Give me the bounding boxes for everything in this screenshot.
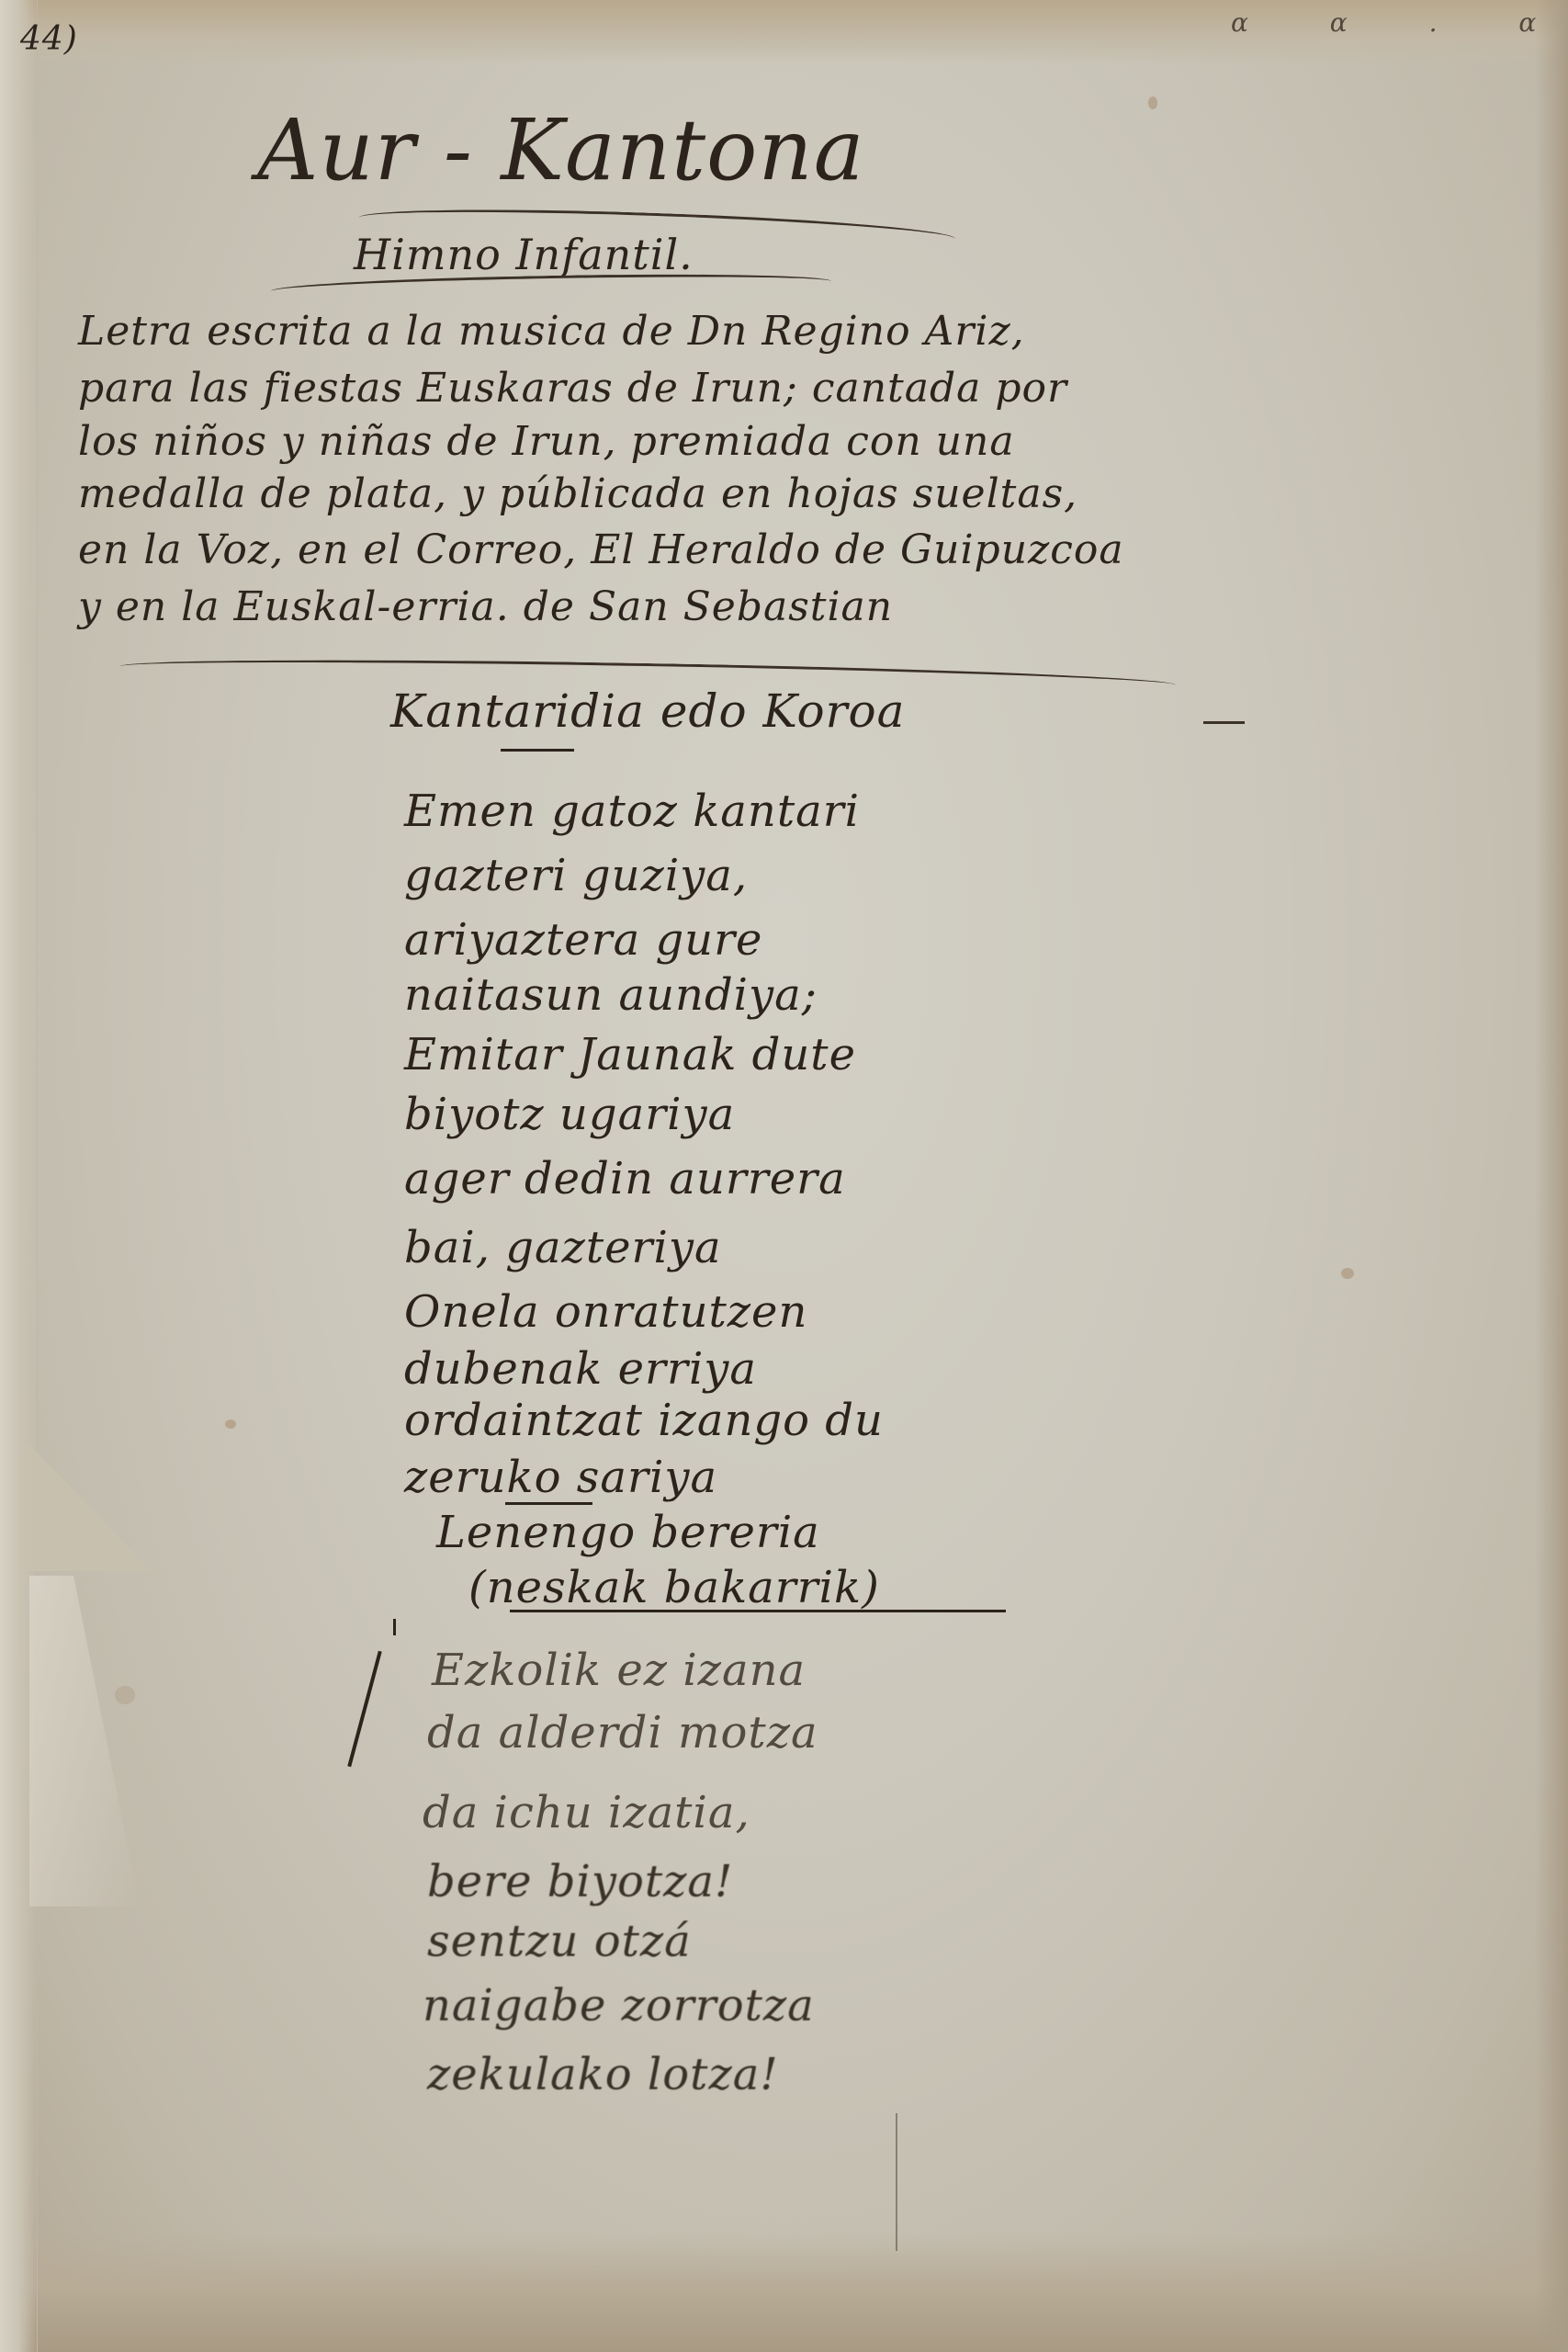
poem-line: bere biyotza!: [427, 1856, 733, 1907]
paper-crease-left: [29, 1576, 140, 1906]
poem-line: naitasun aundiya;: [404, 969, 818, 1021]
page-number: 44): [20, 20, 78, 58]
poem-line: ordaintzat izango du: [404, 1395, 884, 1446]
part-2-note: (neskak bakarrik): [468, 1562, 880, 1613]
section-heading: Kantaridia edo Koroa: [390, 684, 905, 738]
intro-line: en la Voz, en el Correo, El Heraldo de G…: [78, 526, 1124, 573]
section-dash: [1203, 721, 1245, 724]
poem-line: ager dedin aurrera: [404, 1153, 846, 1204]
note-underline: [510, 1610, 1006, 1612]
poem-line: Ezkolik ez izana: [432, 1645, 806, 1696]
poem-line: Emitar Jaunak dute: [404, 1029, 856, 1080]
document-subtitle: Himno Infantil.: [354, 230, 694, 279]
poem-line: ariyaztera gure: [404, 914, 762, 966]
heading-underline: [501, 749, 574, 752]
paper-tear-bottom: [896, 2113, 897, 2251]
intro-line: los niños y niñas de Irun, premiada con …: [78, 418, 1015, 465]
poem-line: Onela onratutzen: [404, 1286, 807, 1338]
stain: [115, 1686, 135, 1704]
verse-tick-mark: [393, 1619, 396, 1635]
poem-line: bai, gazteriya: [404, 1222, 722, 1273]
top-margin-marks: ɑ ɑ . ɑ . ,: [1231, 7, 1568, 38]
separator-underline: [505, 1502, 592, 1505]
stain: [1341, 1268, 1354, 1279]
folded-corner: [28, 1442, 152, 1571]
document-title: Aur - Kantona: [257, 101, 865, 199]
intro-line: para las fiestas Euskaras de Irun; canta…: [78, 365, 1067, 412]
intro-line: y en la Euskal-erria. de San Sebastian: [78, 583, 893, 630]
poem-line: biyotz ugariya: [404, 1089, 735, 1140]
part-2-heading: Lenengo bereria: [436, 1507, 820, 1558]
poem-line: gazteri guziya,: [404, 850, 748, 901]
intro-line: medalla de plata, y públicada en hojas s…: [78, 470, 1077, 517]
bottom-edge-shadow: [0, 2233, 1568, 2352]
intro-line: Letra escrita a la musica de Dn Regino A…: [78, 308, 1025, 355]
poem-line: sentzu otzá: [427, 1916, 692, 1967]
manuscript-page: 44) ɑ ɑ . ɑ . , Aur - Kantona Himno Infa…: [0, 0, 1568, 2352]
poem-line: Emen gatoz kantari: [404, 786, 860, 837]
stain: [225, 1419, 236, 1429]
stain: [1148, 96, 1157, 109]
poem-line: da alderdi motza: [427, 1707, 818, 1758]
poem-line: naigabe zorrotza: [423, 1980, 815, 2031]
poem-line: dubenak erriya: [404, 1343, 757, 1395]
poem-line: zekulako lotza!: [427, 2049, 779, 2100]
right-page-edge: [1535, 0, 1568, 2352]
left-page-edge: [0, 0, 38, 2352]
poem-line: da ichu izatia,: [423, 1787, 750, 1838]
verse-margin-stroke: [347, 1651, 382, 1768]
poem-line: zeruko sariya: [404, 1452, 717, 1503]
